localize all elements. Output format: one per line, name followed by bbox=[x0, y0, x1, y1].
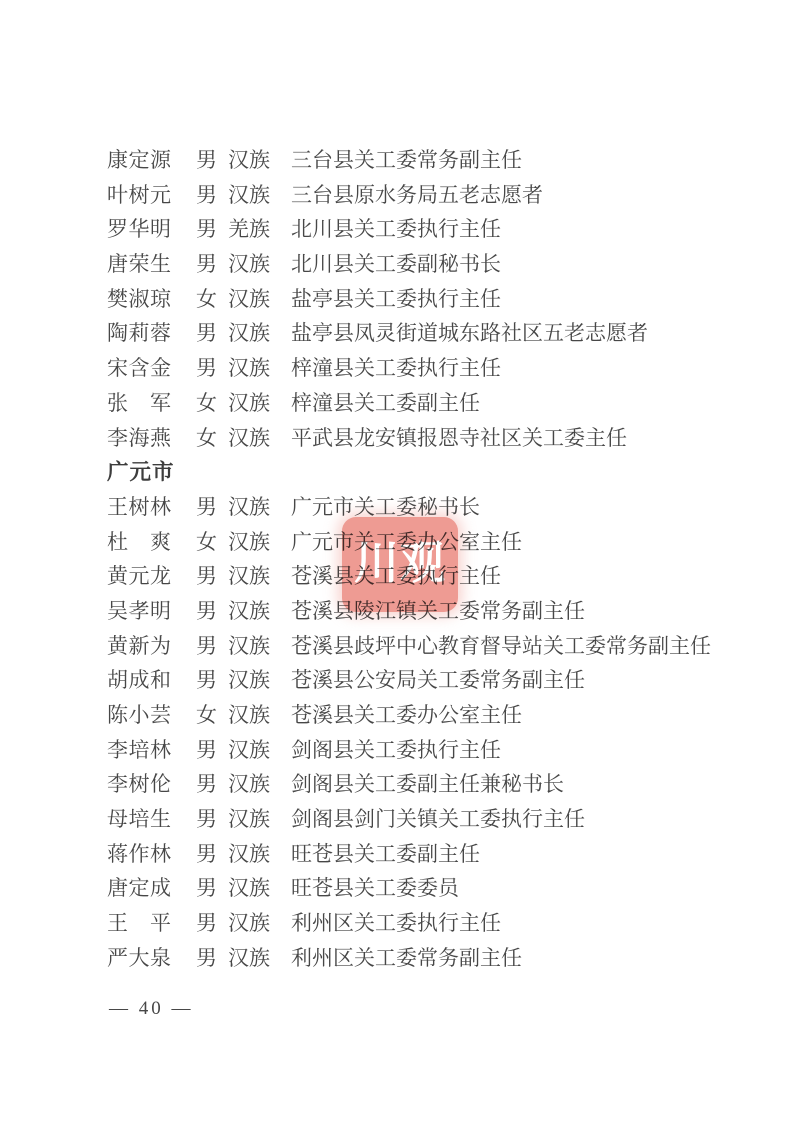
person-ethnicity: 汉族 bbox=[228, 282, 270, 317]
person-ethnicity: 汉族 bbox=[228, 351, 270, 386]
person-name: 樊淑琼 bbox=[107, 282, 171, 317]
person-gender: 男 bbox=[196, 629, 217, 664]
person-position: 北川县关工委副秘书长 bbox=[291, 247, 501, 282]
table-row: 叶树元 男 汉族 三台县原水务局五老志愿者 bbox=[0, 178, 793, 213]
table-row: 唐荣生 男 汉族 北川县关工委副秘书长 bbox=[0, 247, 793, 282]
person-ethnicity: 汉族 bbox=[228, 490, 270, 525]
person-gender: 男 bbox=[196, 316, 217, 351]
person-gender: 女 bbox=[196, 421, 217, 456]
person-gender: 男 bbox=[196, 559, 217, 594]
person-ethnicity: 汉族 bbox=[228, 906, 270, 941]
table-row: 张 军 女 汉族 梓潼县关工委副主任 bbox=[0, 386, 793, 421]
table-row: 母培生 男 汉族 剑阁县剑门关镇关工委执行主任 bbox=[0, 802, 793, 837]
person-position: 广元市关工委办公室主任 bbox=[291, 525, 522, 560]
table-row: 樊淑琼 女 汉族 盐亭县关工委执行主任 bbox=[0, 282, 793, 317]
table-row: 王树林 男 汉族 广元市关工委秘书长 bbox=[0, 490, 793, 525]
table-row: 李树伦 男 汉族 剑阁县关工委副主任兼秘书长 bbox=[0, 767, 793, 802]
roster-list: 康定源 男 汉族 三台县关工委常务副主任 叶树元 男 汉族 三台县原水务局五老志… bbox=[0, 143, 793, 976]
table-row: 宋含金 男 汉族 梓潼县关工委执行主任 bbox=[0, 351, 793, 386]
section-title: 广元市 bbox=[107, 460, 175, 484]
person-ethnicity: 汉族 bbox=[228, 663, 270, 698]
person-gender: 男 bbox=[196, 837, 217, 872]
page-number: — 40 — bbox=[109, 998, 194, 1020]
person-position: 剑阁县剑门关镇关工委执行主任 bbox=[291, 802, 585, 837]
table-row: 杜 爽 女 汉族 广元市关工委办公室主任 bbox=[0, 525, 793, 560]
person-position: 盐亭县关工委执行主任 bbox=[291, 282, 501, 317]
person-position: 北川县关工委执行主任 bbox=[291, 212, 501, 247]
person-ethnicity: 汉族 bbox=[228, 733, 270, 768]
person-ethnicity: 汉族 bbox=[228, 837, 270, 872]
person-gender: 男 bbox=[196, 143, 217, 178]
person-name: 吴孝明 bbox=[107, 594, 171, 629]
person-position: 苍溪县公安局关工委常务副主任 bbox=[291, 663, 585, 698]
table-row: 陶莉蓉 男 汉族 盐亭县凤灵街道城东路社区五老志愿者 bbox=[0, 316, 793, 351]
table-row: 唐定成 男 汉族 旺苍县关工委委员 bbox=[0, 871, 793, 906]
person-gender: 男 bbox=[196, 802, 217, 837]
person-ethnicity: 汉族 bbox=[228, 316, 270, 351]
person-gender: 男 bbox=[196, 767, 217, 802]
person-ethnicity: 汉族 bbox=[228, 143, 270, 178]
person-gender: 女 bbox=[196, 525, 217, 560]
person-position: 剑阁县关工委执行主任 bbox=[291, 733, 501, 768]
table-row: 陈小芸 女 汉族 苍溪县关工委办公室主任 bbox=[0, 698, 793, 733]
person-gender: 男 bbox=[196, 490, 217, 525]
person-gender: 男 bbox=[196, 212, 217, 247]
table-row: 李海燕 女 汉族 平武县龙安镇报恩寺社区关工委主任 bbox=[0, 421, 793, 456]
person-ethnicity: 汉族 bbox=[228, 559, 270, 594]
person-gender: 女 bbox=[196, 386, 217, 421]
person-position: 广元市关工委秘书长 bbox=[291, 490, 480, 525]
person-position: 苍溪县歧坪中心教育督导站关工委常务副主任 bbox=[291, 629, 711, 664]
person-ethnicity: 汉族 bbox=[228, 525, 270, 560]
person-name: 陶莉蓉 bbox=[107, 316, 171, 351]
person-position: 平武县龙安镇报恩寺社区关工委主任 bbox=[291, 421, 627, 456]
person-name: 叶树元 bbox=[107, 178, 171, 213]
person-name: 李树伦 bbox=[107, 767, 171, 802]
person-position: 苍溪县关工委执行主任 bbox=[291, 559, 501, 594]
person-gender: 男 bbox=[196, 351, 217, 386]
person-position: 旺苍县关工委委员 bbox=[291, 871, 459, 906]
person-position: 利州区关工委执行主任 bbox=[291, 906, 501, 941]
table-row: 严大泉 男 汉族 利州区关工委常务副主任 bbox=[0, 941, 793, 976]
person-ethnicity: 汉族 bbox=[228, 594, 270, 629]
person-gender: 男 bbox=[196, 941, 217, 976]
person-ethnicity: 汉族 bbox=[228, 941, 270, 976]
person-name: 唐定成 bbox=[107, 871, 171, 906]
person-name: 宋含金 bbox=[107, 351, 171, 386]
person-name: 陈小芸 bbox=[107, 698, 171, 733]
person-name: 张 军 bbox=[107, 386, 171, 421]
person-position: 旺苍县关工委副主任 bbox=[291, 837, 480, 872]
person-name: 王 平 bbox=[107, 906, 171, 941]
person-ethnicity: 汉族 bbox=[228, 767, 270, 802]
person-name: 母培生 bbox=[107, 802, 171, 837]
person-gender: 男 bbox=[196, 733, 217, 768]
person-gender: 男 bbox=[196, 871, 217, 906]
person-name: 杜 爽 bbox=[107, 525, 171, 560]
table-row: 罗华明 男 羌族 北川县关工委执行主任 bbox=[0, 212, 793, 247]
person-ethnicity: 汉族 bbox=[228, 629, 270, 664]
person-name: 严大泉 bbox=[107, 941, 171, 976]
person-gender: 男 bbox=[196, 663, 217, 698]
person-gender: 男 bbox=[196, 247, 217, 282]
person-position: 盐亭县凤灵街道城东路社区五老志愿者 bbox=[291, 316, 648, 351]
person-position: 利州区关工委常务副主任 bbox=[291, 941, 522, 976]
table-row: 蒋作林 男 汉族 旺苍县关工委副主任 bbox=[0, 837, 793, 872]
person-gender: 女 bbox=[196, 282, 217, 317]
table-row: 康定源 男 汉族 三台县关工委常务副主任 bbox=[0, 143, 793, 178]
person-gender: 男 bbox=[196, 906, 217, 941]
table-row: 吴孝明 男 汉族 苍溪县陵江镇关工委常务副主任 bbox=[0, 594, 793, 629]
person-gender: 男 bbox=[196, 594, 217, 629]
person-ethnicity: 汉族 bbox=[228, 178, 270, 213]
person-position: 三台县原水务局五老志愿者 bbox=[291, 178, 543, 213]
person-position: 苍溪县关工委办公室主任 bbox=[291, 698, 522, 733]
table-row: 李培林 男 汉族 剑阁县关工委执行主任 bbox=[0, 733, 793, 768]
section-header-row: 广元市 bbox=[0, 455, 793, 490]
person-ethnicity: 汉族 bbox=[228, 247, 270, 282]
table-row: 胡成和 男 汉族 苍溪县公安局关工委常务副主任 bbox=[0, 663, 793, 698]
person-name: 唐荣生 bbox=[107, 247, 171, 282]
person-ethnicity: 汉族 bbox=[228, 698, 270, 733]
person-name: 蒋作林 bbox=[107, 837, 171, 872]
person-ethnicity: 汉族 bbox=[228, 421, 270, 456]
person-position: 三台县关工委常务副主任 bbox=[291, 143, 522, 178]
person-name: 黄新为 bbox=[107, 629, 171, 664]
person-position: 梓潼县关工委副主任 bbox=[291, 386, 480, 421]
person-name: 王树林 bbox=[107, 490, 171, 525]
document-page: 康定源 男 汉族 三台县关工委常务副主任 叶树元 男 汉族 三台县原水务局五老志… bbox=[0, 0, 793, 1122]
person-name: 李海燕 bbox=[107, 421, 171, 456]
person-ethnicity: 汉族 bbox=[228, 386, 270, 421]
table-row: 黄元龙 男 汉族 苍溪县关工委执行主任 bbox=[0, 559, 793, 594]
person-position: 梓潼县关工委执行主任 bbox=[291, 351, 501, 386]
person-name: 黄元龙 bbox=[107, 559, 171, 594]
person-ethnicity: 汉族 bbox=[228, 871, 270, 906]
person-position: 苍溪县陵江镇关工委常务副主任 bbox=[291, 594, 585, 629]
person-position: 剑阁县关工委副主任兼秘书长 bbox=[291, 767, 564, 802]
person-name: 康定源 bbox=[107, 143, 171, 178]
person-gender: 男 bbox=[196, 178, 217, 213]
table-row: 王 平 男 汉族 利州区关工委执行主任 bbox=[0, 906, 793, 941]
table-row: 黄新为 男 汉族 苍溪县歧坪中心教育督导站关工委常务副主任 bbox=[0, 629, 793, 664]
person-name: 李培林 bbox=[107, 733, 171, 768]
person-ethnicity: 羌族 bbox=[228, 212, 270, 247]
person-name: 罗华明 bbox=[107, 212, 171, 247]
person-name: 胡成和 bbox=[107, 663, 171, 698]
person-gender: 女 bbox=[196, 698, 217, 733]
person-ethnicity: 汉族 bbox=[228, 802, 270, 837]
